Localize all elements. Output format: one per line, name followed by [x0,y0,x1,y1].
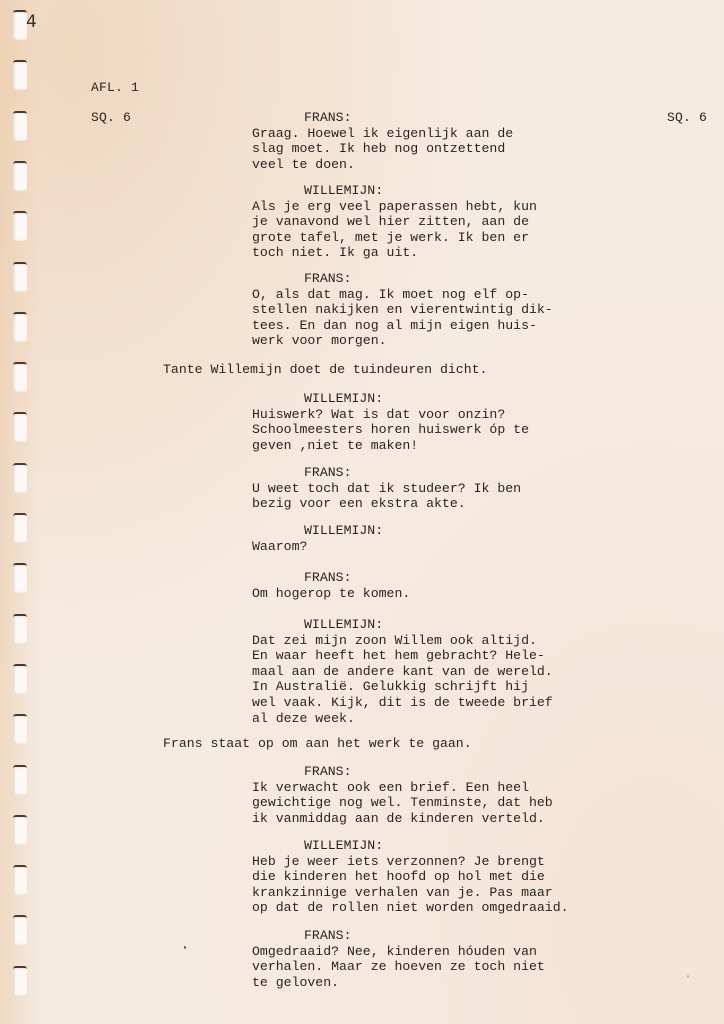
binder-hole [13,463,27,493]
binder-hole [13,966,27,996]
speaker-name: FRANS: [252,570,410,586]
dialogue-block: WILLEMIJN:Als je erg veel paperassen heb… [252,183,537,261]
dialogue-line: geven ,niet te maken! [252,438,529,454]
dialogue-line: toch niet. Ik ga uit. [252,245,537,261]
dialogue-block: WILLEMIJN:Huiswerk? Wat is dat voor onzi… [252,391,529,453]
dialogue-line: bezig voor een ekstra akte. [252,496,521,512]
dialogue-line: Omgedraaid? Nee, kinderen hóuden van [252,944,545,960]
dialogue-line: ik vanmiddag aan de kinderen verteld. [252,811,553,827]
dialogue-block: WILLEMIJN:Dat zei mijn zoon Willem ook a… [252,617,553,726]
handwritten-page-number: 4 [26,12,37,32]
dialogue-line: slag moet. Ik heb nog ontzettend [252,141,513,157]
dialogue-line: Dat zei mijn zoon Willem ook altijd. [252,633,553,649]
dialogue-line: Ik verwacht ook een brief. Een heel [252,780,553,796]
dialogue-line: je vanavond wel hier zitten, aan de [252,214,537,230]
binder-hole [13,865,27,895]
binder-hole [13,815,27,845]
dialogue-line: die kinderen het hoofd op hol met die [252,869,569,885]
dialogue-line: stellen nakijken en vierentwintig dik- [252,302,553,318]
speaker-name: FRANS: [252,928,545,944]
dialogue-line: maal aan de andere kant van de wereld. [252,664,553,680]
binder-hole [13,915,27,945]
dialogue-block: FRANS:Om hogerop te komen. [252,570,410,601]
binder-hole [13,412,27,442]
speaker-name: WILLEMIJN: [252,838,569,854]
binder-hole [13,714,27,744]
dialogue-block: FRANS:Ik verwacht ook een brief. Een hee… [252,764,553,826]
binder-hole [13,664,27,694]
dialogue-line: veel te doen. [252,157,513,173]
speaker-name: FRANS: [252,271,553,287]
dialogue-line: Om hogerop te komen. [252,586,410,602]
dialogue-line: Waarom? [252,539,383,555]
speaker-name: WILLEMIJN: [252,183,537,199]
dialogue-line: gewichtige nog wel. Tenminste, dat heb [252,795,553,811]
binder-hole [13,211,27,241]
dialogue-line: op dat de rollen niet worden omgedraaid. [252,900,569,916]
paper-speck [184,946,186,949]
dialogue-line: Schoolmeesters horen huiswerk óp te [252,422,529,438]
dialogue-line: In Australië. Gelukkig schrijft hij [252,679,553,695]
speaker-name: FRANS: [252,465,521,481]
binder-hole [13,765,27,795]
dialogue-line: En waar heeft het hem gebracht? Hele- [252,648,553,664]
binder-hole [13,362,27,392]
dialogue-block: FRANS:U weet toch dat ik studeer? Ik ben… [252,465,521,512]
binder-hole [13,312,27,342]
dialogue-line: U weet toch dat ik studeer? Ik ben [252,481,521,497]
binder-hole [13,563,27,593]
dialogue-line: O, als dat mag. Ik moet nog elf op- [252,287,553,303]
speaker-name: WILLEMIJN: [252,523,383,539]
speaker-name: WILLEMIJN: [252,617,553,633]
dialogue-line: werk voor morgen. [252,333,553,349]
dialogue-line: al deze week. [252,711,553,727]
dialogue-line: Graag. Hoewel ik eigenlijk aan de [252,126,513,142]
sequence-label-right: SQ. 6 [667,110,707,125]
sequence-label-left: SQ. 6 [91,110,131,125]
action-line: Frans staat op om aan het werk te gaan. [163,736,472,751]
dialogue-line: tees. En dan nog al mijn eigen huis- [252,318,553,334]
speaker-name: FRANS: [252,110,513,126]
speaker-name: WILLEMIJN: [252,391,529,407]
action-line: Tante Willemijn doet de tuindeuren dicht… [163,362,487,377]
dialogue-block: FRANS:Graag. Hoewel ik eigenlijk aan des… [252,110,513,172]
dialogue-line: grote tafel, met je werk. Ik ben er [252,230,537,246]
dialogue-line: wel vaak. Kijk, dit is de tweede brief [252,695,553,711]
dialogue-line: verhalen. Maar ze hoeven ze toch niet [252,959,545,975]
binder-hole [13,614,27,644]
binder-holes [13,10,33,1020]
binder-hole [13,513,27,543]
binder-hole [13,111,27,141]
dialogue-line: Heb je weer iets verzonnen? Je brengt [252,854,569,870]
dialogue-line: Huiswerk? Wat is dat voor onzin? [252,407,529,423]
dialogue-block: WILLEMIJN:Heb je weer iets verzonnen? Je… [252,838,569,916]
paper-speck [687,975,689,978]
binder-hole [13,60,27,90]
dialogue-block: WILLEMIJN:Waarom? [252,523,383,554]
dialogue-block: FRANS:Omgedraaid? Nee, kinderen hóuden v… [252,928,545,990]
episode-label: AFL. 1 [91,80,139,95]
binder-hole [13,161,27,191]
binder-hole [13,10,27,40]
speaker-name: FRANS: [252,764,553,780]
dialogue-line: Als je erg veel paperassen hebt, kun [252,199,537,215]
dialogue-line: te geloven. [252,975,545,991]
dialogue-block: FRANS:O, als dat mag. Ik moet nog elf op… [252,271,553,349]
dialogue-line: krankzinnige verhalen van je. Pas maar [252,885,569,901]
binder-hole [13,262,27,292]
